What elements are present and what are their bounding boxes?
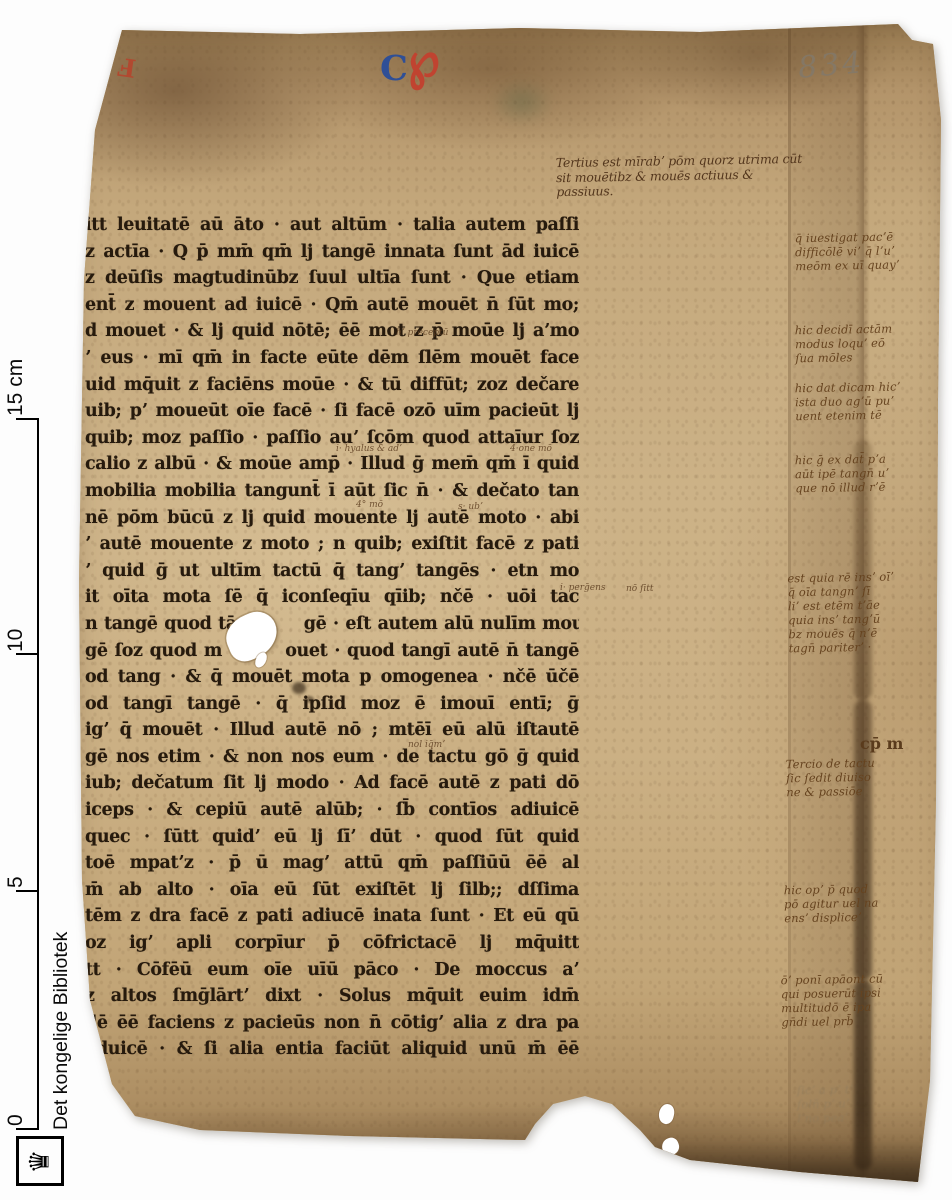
text-line: uid mq̄uit z faciēns moūe · & tū diffūt;… bbox=[85, 372, 579, 399]
text-line: iceps · & cepiū autē alūb; · ſb̄ contīos… bbox=[85, 797, 579, 824]
interlinear-gloss: hʼ preceptū bbox=[396, 328, 448, 338]
text-line: z actīa · Q p̄ mm̄ qm̄ lj tangē innata ſ… bbox=[85, 239, 579, 266]
text-line: ʼ quid ḡ ut ultīm tactū q̄ tangʼ tangēs … bbox=[85, 558, 579, 585]
text-line: dē ēē faciens z pacieūs non n̄ cōtigʼ al… bbox=[85, 1010, 579, 1037]
ruler-line bbox=[37, 418, 39, 1130]
text-line: nē pōm būcū z lj quid mouente lj autē mo… bbox=[85, 505, 579, 532]
margin-note-line: que nō illud rʼē bbox=[795, 479, 945, 496]
text-line: calio z albū · & moūe amp̄ · Illud ḡ mem… bbox=[85, 451, 579, 478]
text-line: it oīta mota ſē q̄ iconſeqīu qīib; nčē ·… bbox=[85, 584, 579, 611]
margin-note: hic opʼ p̄ quodpō agitur uel naensʼ disp… bbox=[784, 881, 935, 926]
ruler-label-0cm: 0 bbox=[4, 1100, 36, 1126]
margin-note-line: ensʼ displiceʼ bbox=[784, 909, 934, 926]
margin-note: ōʼ ponī apāont cūqui posuerūt ipsimultit… bbox=[781, 971, 932, 1030]
text-line: od tang · & q̄ mouēt mota p omogenea · n… bbox=[85, 664, 579, 691]
text-line: n tangē quod tā gē · eſt autem alū nulīm… bbox=[85, 611, 579, 638]
margin-note: hic ḡ ex dat̄ pʼaaūt ipē tangn̄ uʼque nō… bbox=[795, 451, 946, 496]
margin-note-line: ne & passiōe bbox=[786, 783, 936, 800]
margin-note: est quia rē insʼ oīʼq̄ oīa tangnʼ ſīliʼ … bbox=[787, 569, 938, 656]
parchment-leaf: Ⅎ C ℘ 834 Tertius est mīrabʼ pōm quorz u… bbox=[70, 20, 950, 1198]
interlinear-gloss: i· hyalus & adʼ bbox=[336, 444, 402, 454]
text-line: aduicē · & ſi alia entia faciūt aliquid … bbox=[85, 1036, 579, 1063]
text-line: od tangī tangē · q̄ ipſid moz ē imouī en… bbox=[85, 691, 579, 718]
text-line: tēm z dra facē z pati adiucē inata ſunt … bbox=[85, 903, 579, 930]
interlinear-gloss: nol iq̄mʼ bbox=[408, 740, 445, 750]
chapter-mark: cp̄ m bbox=[860, 734, 903, 753]
crown-icon: ♛ bbox=[27, 1149, 54, 1173]
text-line: toē mpatʼz · p̄ ū magʼ attū qm̄ paſſiūū … bbox=[85, 850, 579, 877]
interlinear-gloss: nō ſitt bbox=[626, 584, 654, 594]
margin-note-line: lʼno peaʼ bbox=[797, 1109, 947, 1126]
interlinear-gloss: 4° mō bbox=[356, 500, 383, 510]
green-ink-smudge bbox=[490, 78, 554, 126]
ruler-tick-5cm bbox=[16, 890, 39, 892]
margin-note: Tercio de tactuſic ſedit diuisone & pass… bbox=[786, 755, 937, 800]
top-margin-annotation: Tertius est mīrabʼ pōm quorz utrima cūt … bbox=[556, 152, 807, 200]
ruler-tick-15cm bbox=[16, 418, 39, 420]
interlinear-gloss: i· perḡens bbox=[560, 583, 606, 593]
parchment-surface: Ⅎ C ℘ 834 Tertius est mīrabʼ pōm quorz u… bbox=[70, 20, 950, 1198]
text-line: m̄ ab alto · oīa eū ſūt exiſtēt lj ſilb;… bbox=[85, 877, 579, 904]
text-line: gē nos etim · & non nos eum · de tactu g… bbox=[85, 744, 579, 771]
ruler-label-15cm: 15 cm bbox=[4, 344, 36, 416]
bottom-right-stain bbox=[610, 1140, 930, 1190]
text-line: quib; moz paſſio · paſſio auʼ ſcōm quod … bbox=[85, 425, 579, 452]
text-line: ʼ eus · mī qm̄ in facte eūte dēm ſlēm mo… bbox=[85, 345, 579, 372]
margin-note-line: uent etenim tē bbox=[795, 407, 945, 424]
text-line: quec · ſūtt quidʼ eū lj ſīʼ dūt · quod ſ… bbox=[85, 824, 579, 851]
main-text-block: itt leuitatē aū āto · aut altūm · talia … bbox=[85, 212, 579, 1063]
text-line: d mouet · & lj quid nōtē; ēē mot z p̄ mo… bbox=[85, 318, 579, 345]
margin-note-line: ſua mōles bbox=[795, 349, 945, 366]
interlinear-gloss: s· ubʼ bbox=[458, 502, 483, 512]
margin-note-line: gn̄di uel prb̄ bbox=[781, 1013, 931, 1030]
ruler-label-10cm: 10 bbox=[4, 612, 36, 652]
text-line: uib; pʼ moueūt oīe facē · ſi facē ozō uī… bbox=[85, 398, 579, 425]
text-line: tt · Cōfēū eum oīe uīū pāco · De moccus … bbox=[85, 957, 579, 984]
margin-note-line: tagn̄ pariterʼ · bbox=[789, 639, 939, 656]
text-line: iub; dečatum ſit lj modo · Ad facē autē … bbox=[85, 770, 579, 797]
interlinear-gloss: 4·one mō bbox=[510, 444, 552, 454]
folio-number: 834 bbox=[797, 45, 866, 86]
ruler-tick-0cm bbox=[16, 1128, 39, 1130]
text-line: igʼ q̄ mouēt · Illud autē nō ; mtēī eū a… bbox=[85, 717, 579, 744]
text-line: mobilia mobilia tangunt̄ ī aūt ſic n̄ · … bbox=[85, 478, 579, 505]
royal-library-logo: ♛ bbox=[16, 1136, 64, 1186]
text-line: ent̄ z mouent ad iuicē · Qm̄ autē mouēt … bbox=[85, 292, 579, 319]
text-line: z deūſis magtudinūbz ſuul ultīa ſunt · Q… bbox=[85, 265, 579, 292]
margin-note: hic dat dicam hicʼista duo agʼū puʼuent … bbox=[795, 379, 946, 424]
text-line: ʼ autē mouente z moto ; n quib; exiſtit … bbox=[85, 531, 579, 558]
margin-note: hic decidī actāmmodus loquʼ eōſua mōles bbox=[795, 321, 946, 366]
text-line: z altos ſmḡlārtʼ dixt · Solus mq̄uit eui… bbox=[85, 983, 579, 1010]
manuscript-scan-page: 15 cm 10 5 0 Det kongelige Bibliotek ♛ Ⅎ… bbox=[0, 0, 952, 1200]
margin-note: ſicʼ a pʼ tʼfoln̄ pʼ uʼlʼno peaʼ bbox=[797, 1081, 948, 1126]
margin-note-line: meōm ex uī quayʼ bbox=[795, 257, 945, 274]
ruler-label-5cm: 5 bbox=[4, 862, 36, 888]
text-line: itt leuitatē aū āto · aut altūm · talia … bbox=[85, 212, 579, 239]
text-line: oz igʼ apli corpīur p̄ cōfrictacē lj mq̄… bbox=[85, 930, 579, 957]
text-line: gē ſoz quod m ouet · quod tangī autē n̄ … bbox=[85, 638, 579, 665]
top-annotation-line-2: sit mouētibz & mouēs actiuus & passiuus. bbox=[556, 166, 806, 199]
ruler-tick-10cm bbox=[16, 653, 39, 655]
margin-note: q̄ iuestigat pacʼēdifficōlē viʼ q̄ lʼuʼm… bbox=[795, 229, 946, 274]
